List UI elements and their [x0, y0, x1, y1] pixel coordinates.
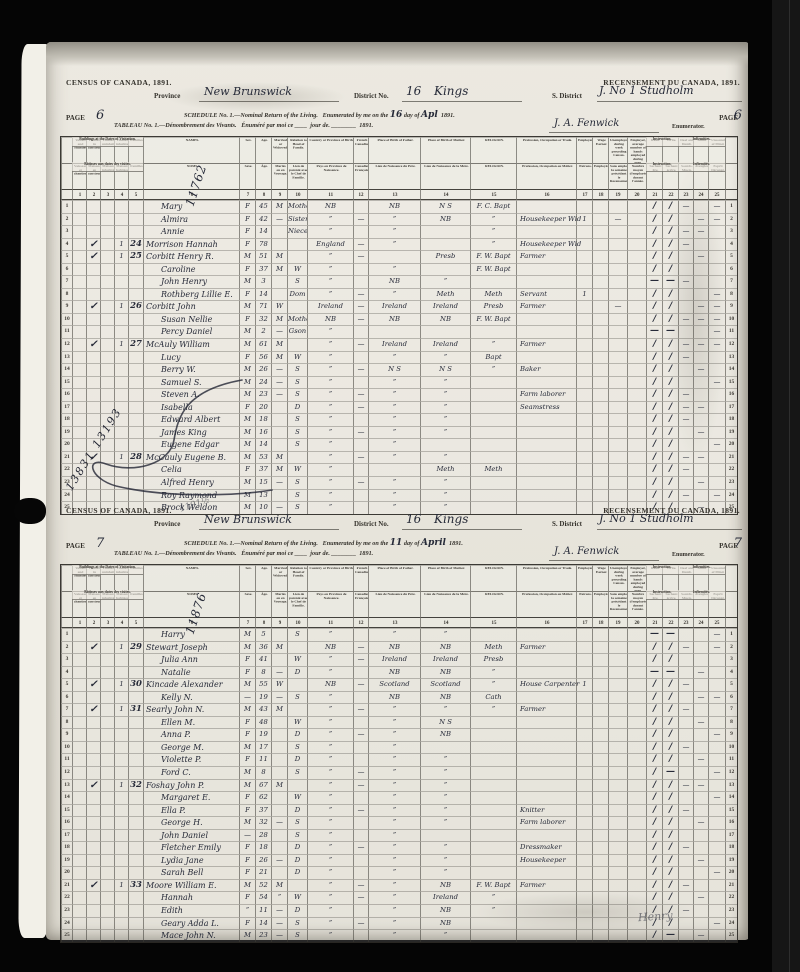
cell-pm: N S — [420, 716, 470, 729]
column-header-en-text: Sex. — [240, 138, 255, 142]
column-header-en-text: French Canadians. — [354, 138, 368, 146]
cell-relg — [470, 829, 516, 842]
column-header-en: Relation to Head of Family. — [287, 137, 307, 163]
row-number-header — [61, 137, 72, 163]
cell-write: ∕ — [662, 678, 678, 691]
row-number-right: 15 — [725, 376, 737, 389]
cell-read: ∕ — [646, 300, 662, 313]
cell-sex: M — [239, 678, 255, 691]
cell-age: 37 — [255, 804, 271, 817]
cell-deaf — [678, 829, 693, 842]
column-header-en: Place of Birth of Father. — [368, 565, 420, 591]
cell-age: 14 — [255, 225, 271, 238]
cell-rel — [287, 641, 307, 654]
cell-mw: M — [271, 641, 287, 654]
cell-hands — [627, 225, 646, 238]
cell-uns — [708, 225, 725, 238]
cell-born: ” — [307, 275, 353, 288]
cell-deaf: — — [678, 200, 693, 213]
column-group-caption: Buildings at the Dates of Visitation. — [72, 565, 143, 575]
cell-read: ∕ — [646, 779, 662, 792]
cell-read: ∕ — [646, 426, 662, 439]
cell-unemp — [608, 641, 627, 654]
cell-fam — [128, 325, 143, 338]
cell-wage — [592, 741, 608, 754]
cell-name: George M. — [143, 741, 239, 754]
cell-fc — [353, 929, 368, 942]
row-number-right: 23 — [725, 904, 737, 917]
cell-name: Moore William E. — [143, 879, 239, 892]
cell-uns: — — [708, 288, 725, 301]
column-number: 19 — [608, 617, 627, 628]
cell-name: Rothberg Lillie E. — [143, 288, 239, 301]
jour-de-text: jour de. — [310, 550, 330, 557]
cell-blank — [72, 804, 86, 817]
cell-uns — [708, 678, 725, 691]
cell-mw — [271, 275, 287, 288]
cell-blank — [100, 325, 114, 338]
cell-unemp: — — [608, 213, 627, 226]
cell-blind: — — [693, 338, 708, 351]
cell-occ — [516, 351, 576, 364]
cell-blind — [693, 263, 708, 276]
column-header-fr: Lieu de Naissance du Père. — [368, 591, 420, 617]
row-number-right: 11 — [725, 753, 737, 766]
column-number-text: 25 — [715, 192, 720, 198]
cell-emp: 1 — [576, 678, 592, 691]
cell-rel: S — [287, 628, 307, 641]
column-number: 17 — [576, 617, 592, 628]
cell-wage — [592, 666, 608, 679]
cell-occ — [516, 263, 576, 276]
cell-read: ∕ — [646, 413, 662, 426]
row-number: 6 — [61, 691, 72, 704]
cell-pf: ” — [368, 766, 420, 779]
cell-wage — [592, 653, 608, 666]
cell-emp — [576, 891, 592, 904]
column-header-en-text: Relation to Head of Family. — [288, 566, 307, 578]
cell-occ — [516, 791, 576, 804]
cell-hands — [627, 628, 646, 641]
cell-fam — [128, 691, 143, 704]
cell-unemp — [608, 351, 627, 364]
cell-emp — [576, 703, 592, 716]
cell-write: ∕ — [662, 250, 678, 263]
cell-relg — [470, 741, 516, 754]
column-header-en-text: Married or Widowed. — [272, 566, 287, 578]
cell-chk: ✓ — [86, 238, 100, 251]
column-header-fr: Nombre moyen d'employés durant l'année. — [627, 591, 646, 617]
cell-unemp — [608, 653, 627, 666]
schedule-title-fr: TABLEAU No. 1.—Dénombrement des Vivants. — [114, 122, 237, 129]
cell-emp — [576, 351, 592, 364]
cell-uns — [708, 929, 725, 942]
cell-sex: F — [239, 653, 255, 666]
row-number-right: 17 — [725, 401, 737, 414]
cell-blank — [100, 753, 114, 766]
cell-unemp — [608, 904, 627, 917]
column-header-en-text: Relation to Head of Family. — [288, 138, 307, 150]
cell-blind — [693, 628, 708, 641]
cell-rel: D — [287, 753, 307, 766]
column-header-en-text: Employers. — [577, 566, 592, 570]
cell-hands — [627, 263, 646, 276]
cell-blank — [72, 917, 86, 930]
cell-emp — [576, 829, 592, 842]
cell-blind — [693, 351, 708, 364]
cell-relg — [470, 779, 516, 792]
cell-name: George H. — [143, 816, 239, 829]
cell-unemp — [608, 225, 627, 238]
cell-emp — [576, 804, 592, 817]
cell-rel: S — [287, 816, 307, 829]
cell-pf: N S — [368, 363, 420, 376]
row-number-right: 8 — [725, 716, 737, 729]
cell-fam — [128, 628, 143, 641]
cell-rel: D — [287, 904, 307, 917]
cell-uns: — — [708, 866, 725, 879]
cell-born: ” — [307, 854, 353, 867]
cell-blank — [72, 753, 86, 766]
cell-read: — — [646, 325, 662, 338]
cell-relg — [470, 401, 516, 414]
cell-born: ” — [307, 666, 353, 679]
cell-uns: — — [708, 338, 725, 351]
cell-emp — [576, 275, 592, 288]
province-label: Province — [154, 520, 180, 528]
row-number: 8 — [61, 716, 72, 729]
cell-write: ∕ — [662, 263, 678, 276]
cell-uns — [708, 451, 725, 464]
column-header-en-text: French Canadians. — [354, 566, 368, 574]
cell-deaf — [678, 263, 693, 276]
column-number-text: 13 — [392, 620, 397, 626]
column-group-caption: Infirmities. — [678, 565, 725, 575]
cell-relg: ” — [470, 363, 516, 376]
cell-occ — [516, 628, 576, 641]
cell-fc: — — [353, 363, 368, 376]
column-header-fr-text: Employés. — [593, 164, 608, 168]
column-number-text: 9 — [278, 620, 280, 626]
cell-house: 1 — [114, 250, 128, 263]
cell-blank — [100, 225, 114, 238]
cell-emp — [576, 401, 592, 414]
cell-hands — [627, 413, 646, 426]
cell-deaf — [678, 288, 693, 301]
cell-rel: W — [287, 653, 307, 666]
cell-fc — [353, 263, 368, 276]
cell-fc — [353, 438, 368, 451]
cell-emp — [576, 854, 592, 867]
enumerated-by-text: Enumerated by me on the — [323, 112, 389, 119]
cell-blind — [693, 766, 708, 779]
cell-mw: M — [271, 879, 287, 892]
cell-pf — [368, 463, 420, 476]
row-number-right: 16 — [725, 388, 737, 401]
cell-chk — [86, 917, 100, 930]
cell-blank — [72, 904, 86, 917]
cell-born: ” — [307, 804, 353, 817]
column-number-text: 11 — [328, 620, 333, 626]
cell-wage — [592, 376, 608, 389]
cell-write: ∕ — [662, 413, 678, 426]
cell-sex: M — [239, 779, 255, 792]
cell-chk — [86, 904, 100, 917]
cell-name: Natalie — [143, 666, 239, 679]
cell-age: 23 — [255, 929, 271, 942]
year-text: 1891. — [449, 540, 463, 547]
cell-hands — [627, 691, 646, 704]
cell-hands — [627, 463, 646, 476]
month-value: April — [421, 538, 446, 548]
cell-emp — [576, 904, 592, 917]
row-number: 25 — [61, 929, 72, 942]
cell-age: 37 — [255, 263, 271, 276]
cell-uns — [708, 653, 725, 666]
cell-pm: ” — [420, 413, 470, 426]
column-number-text: 4 — [120, 192, 122, 198]
cell-house — [114, 854, 128, 867]
cell-write: ∕ — [662, 238, 678, 251]
cell-occ — [516, 376, 576, 389]
cell-pm: N S — [420, 363, 470, 376]
cell-fc: — — [353, 338, 368, 351]
cell-blind — [693, 728, 708, 741]
cell-emp — [576, 313, 592, 326]
column-header-fr: Nombre moyen d'employés durant l'année. — [627, 163, 646, 189]
cell-hands — [627, 451, 646, 464]
cell-rel: W — [287, 891, 307, 904]
column-group-caption: Buildings at the Dates of Visitation. — [72, 137, 143, 147]
cell-fam — [128, 225, 143, 238]
cell-blank — [72, 238, 86, 251]
cell-deaf: — — [678, 904, 693, 917]
cell-pm: ” — [420, 854, 470, 867]
cell-born: Ireland — [307, 300, 353, 313]
cell-read: ∕ — [646, 804, 662, 817]
cell-write: — — [662, 666, 678, 679]
cell-name: Mary — [143, 200, 239, 213]
cell-pf: ” — [368, 476, 420, 489]
cell-relg: ” — [470, 338, 516, 351]
cell-chk — [86, 841, 100, 854]
cell-blank — [72, 791, 86, 804]
cell-fam — [128, 313, 143, 326]
cell-pm: ” — [420, 628, 470, 641]
cell-deaf: — — [678, 351, 693, 364]
cell-unemp — [608, 313, 627, 326]
cell-sex: M — [239, 741, 255, 754]
cell-write: ∕ — [662, 300, 678, 313]
cell-pf: ” — [368, 741, 420, 754]
cell-read: ∕ — [646, 401, 662, 414]
cell-fam: 33 — [128, 879, 143, 892]
cell-age: 19 — [255, 691, 271, 704]
cell-write: ∕ — [662, 438, 678, 451]
column-header-en: Profession, Occupation or Trade. — [516, 137, 576, 163]
cell-write: — — [662, 766, 678, 779]
column-header-en-text: Unemployed during week preceding Census. — [609, 566, 627, 585]
cell-emp — [576, 388, 592, 401]
cell-wage — [592, 691, 608, 704]
cell-write: ∕ — [662, 866, 678, 879]
cell-blank — [100, 791, 114, 804]
cell-occ: Servant — [516, 288, 576, 301]
row-number-right: 6 — [725, 691, 737, 704]
cell-pf — [368, 250, 420, 263]
cell-unemp — [608, 376, 627, 389]
column-group-caption: Bâtisses aux dates des visites. — [72, 162, 143, 172]
cell-blind: — — [693, 691, 708, 704]
cell-age: 32 — [255, 313, 271, 326]
cell-rel — [287, 250, 307, 263]
cell-relg: F. W. Bapt — [470, 250, 516, 263]
cell-born: ” — [307, 376, 353, 389]
cell-born: ” — [307, 338, 353, 351]
row-number-header — [725, 565, 737, 591]
column-number-text: 15 — [491, 192, 496, 198]
cell-pm: NB — [420, 641, 470, 654]
cell-sex: — — [239, 829, 255, 842]
cell-read: — — [646, 666, 662, 679]
cell-pf: ” — [368, 628, 420, 641]
cell-sex: F — [239, 841, 255, 854]
row-number-right: 20 — [725, 866, 737, 879]
cell-read: ∕ — [646, 263, 662, 276]
column-header-en: Country or Province of Birth. — [307, 565, 353, 591]
column-number-text: 8 — [262, 192, 264, 198]
cell-mw: M — [271, 250, 287, 263]
column-header-en: Sex. — [239, 565, 255, 591]
page-number-right: 6 — [734, 108, 742, 123]
census-table-page-7: Vessels and Shanties.Houses in construct… — [60, 564, 738, 943]
cell-fc — [353, 325, 368, 338]
enumere-text: Énuméré par moi ce — [241, 550, 293, 557]
cell-born: NB — [307, 641, 353, 654]
row-number-header — [725, 137, 737, 163]
cell-deaf — [678, 854, 693, 867]
cell-write: ∕ — [662, 691, 678, 704]
cell-mw: M — [271, 703, 287, 716]
cell-pm: ” — [420, 929, 470, 942]
cell-blank — [72, 829, 86, 842]
cell-relg: Meth — [470, 641, 516, 654]
column-header-fr-text: RELIGION. — [471, 592, 516, 596]
cell-pm: Presb — [420, 250, 470, 263]
cell-chk — [86, 213, 100, 226]
column-header-en-text: Place of Birth of Mother. — [421, 566, 470, 570]
column-number: 10 — [287, 617, 307, 628]
column-header-en-text: NAMES. — [144, 566, 239, 570]
row-number-right: 7 — [725, 703, 737, 716]
cell-occ: House Carpenter — [516, 678, 576, 691]
cell-deaf — [678, 816, 693, 829]
cell-name: Mace John N. — [143, 929, 239, 942]
cell-pf: ” — [368, 413, 420, 426]
cell-emp — [576, 413, 592, 426]
cell-wage — [592, 917, 608, 930]
column-header-en-text: Wage Earner. — [593, 566, 608, 574]
cell-name: Ella P. — [143, 804, 239, 817]
column-header-fr-text: Lieu de Naissance de la Mère. — [421, 164, 470, 168]
cell-uns: — — [708, 313, 725, 326]
schedule-title-en: SCHEDULE No. 1.—Nominal Return of the Li… — [184, 540, 318, 547]
column-number-text: 24 — [699, 620, 704, 626]
cell-hands — [627, 741, 646, 754]
column-number: 17 — [576, 189, 592, 200]
cell-hands — [627, 351, 646, 364]
cell-blind — [693, 376, 708, 389]
cell-wage — [592, 238, 608, 251]
cell-wage — [592, 388, 608, 401]
cell-write: ∕ — [662, 841, 678, 854]
cell-wage — [592, 753, 608, 766]
cell-mw — [271, 653, 287, 666]
cell-name: Almira — [143, 213, 239, 226]
cell-age: 17 — [255, 741, 271, 754]
cell-fc: — — [353, 288, 368, 301]
column-number: 18 — [592, 617, 608, 628]
cell-pf: ” — [368, 238, 420, 251]
cell-age: 48 — [255, 716, 271, 729]
cell-read: ∕ — [646, 879, 662, 892]
cell-mw — [271, 791, 287, 804]
cell-rel: S — [287, 929, 307, 942]
cell-wage — [592, 829, 608, 842]
cell-read: ∕ — [646, 200, 662, 213]
cell-hands — [627, 816, 646, 829]
column-group-caption-text: Bâtisses aux dates des visites. — [72, 590, 143, 594]
cell-mw: M — [271, 313, 287, 326]
column-header-fr-text: Employés. — [593, 592, 608, 596]
column-number: 11 — [307, 617, 353, 628]
cell-uns — [708, 879, 725, 892]
cell-relg — [470, 804, 516, 817]
schedule-line-fr: TABLEAU No. 1.—Dénombrement des Vivants.… — [114, 550, 373, 557]
cell-pf: ” — [368, 401, 420, 414]
cell-born: ” — [307, 691, 353, 704]
scan-edge-notch — [14, 498, 46, 524]
column-header-fr: Patrons. — [576, 591, 592, 617]
cell-pm — [420, 741, 470, 754]
cell-uns — [708, 841, 725, 854]
cell-fc — [353, 376, 368, 389]
column-header-fr-text: Canadiens-Français. — [354, 164, 368, 172]
cell-blind — [693, 463, 708, 476]
cell-name: Violette P. — [143, 753, 239, 766]
cell-age: 28 — [255, 829, 271, 842]
cell-pf: NB — [368, 275, 420, 288]
column-number-text: 10 — [295, 192, 300, 198]
row-number-right: 2 — [725, 641, 737, 654]
cell-age: 62 — [255, 791, 271, 804]
column-number: 15 — [470, 189, 516, 200]
cell-read: ∕ — [646, 288, 662, 301]
cell-fc: — — [353, 779, 368, 792]
column-header-en-text: Age. — [256, 566, 271, 570]
cell-chk — [86, 325, 100, 338]
column-header-fr: Âge. — [255, 591, 271, 617]
cell-unemp — [608, 413, 627, 426]
cell-house — [114, 728, 128, 741]
cell-wage — [592, 628, 608, 641]
row-number-right: 17 — [725, 829, 737, 842]
cell-fam — [128, 716, 143, 729]
cell-sex: F — [239, 238, 255, 251]
cell-deaf — [678, 766, 693, 779]
row-number-right: 8 — [725, 288, 737, 301]
cell-fc: — — [353, 678, 368, 691]
